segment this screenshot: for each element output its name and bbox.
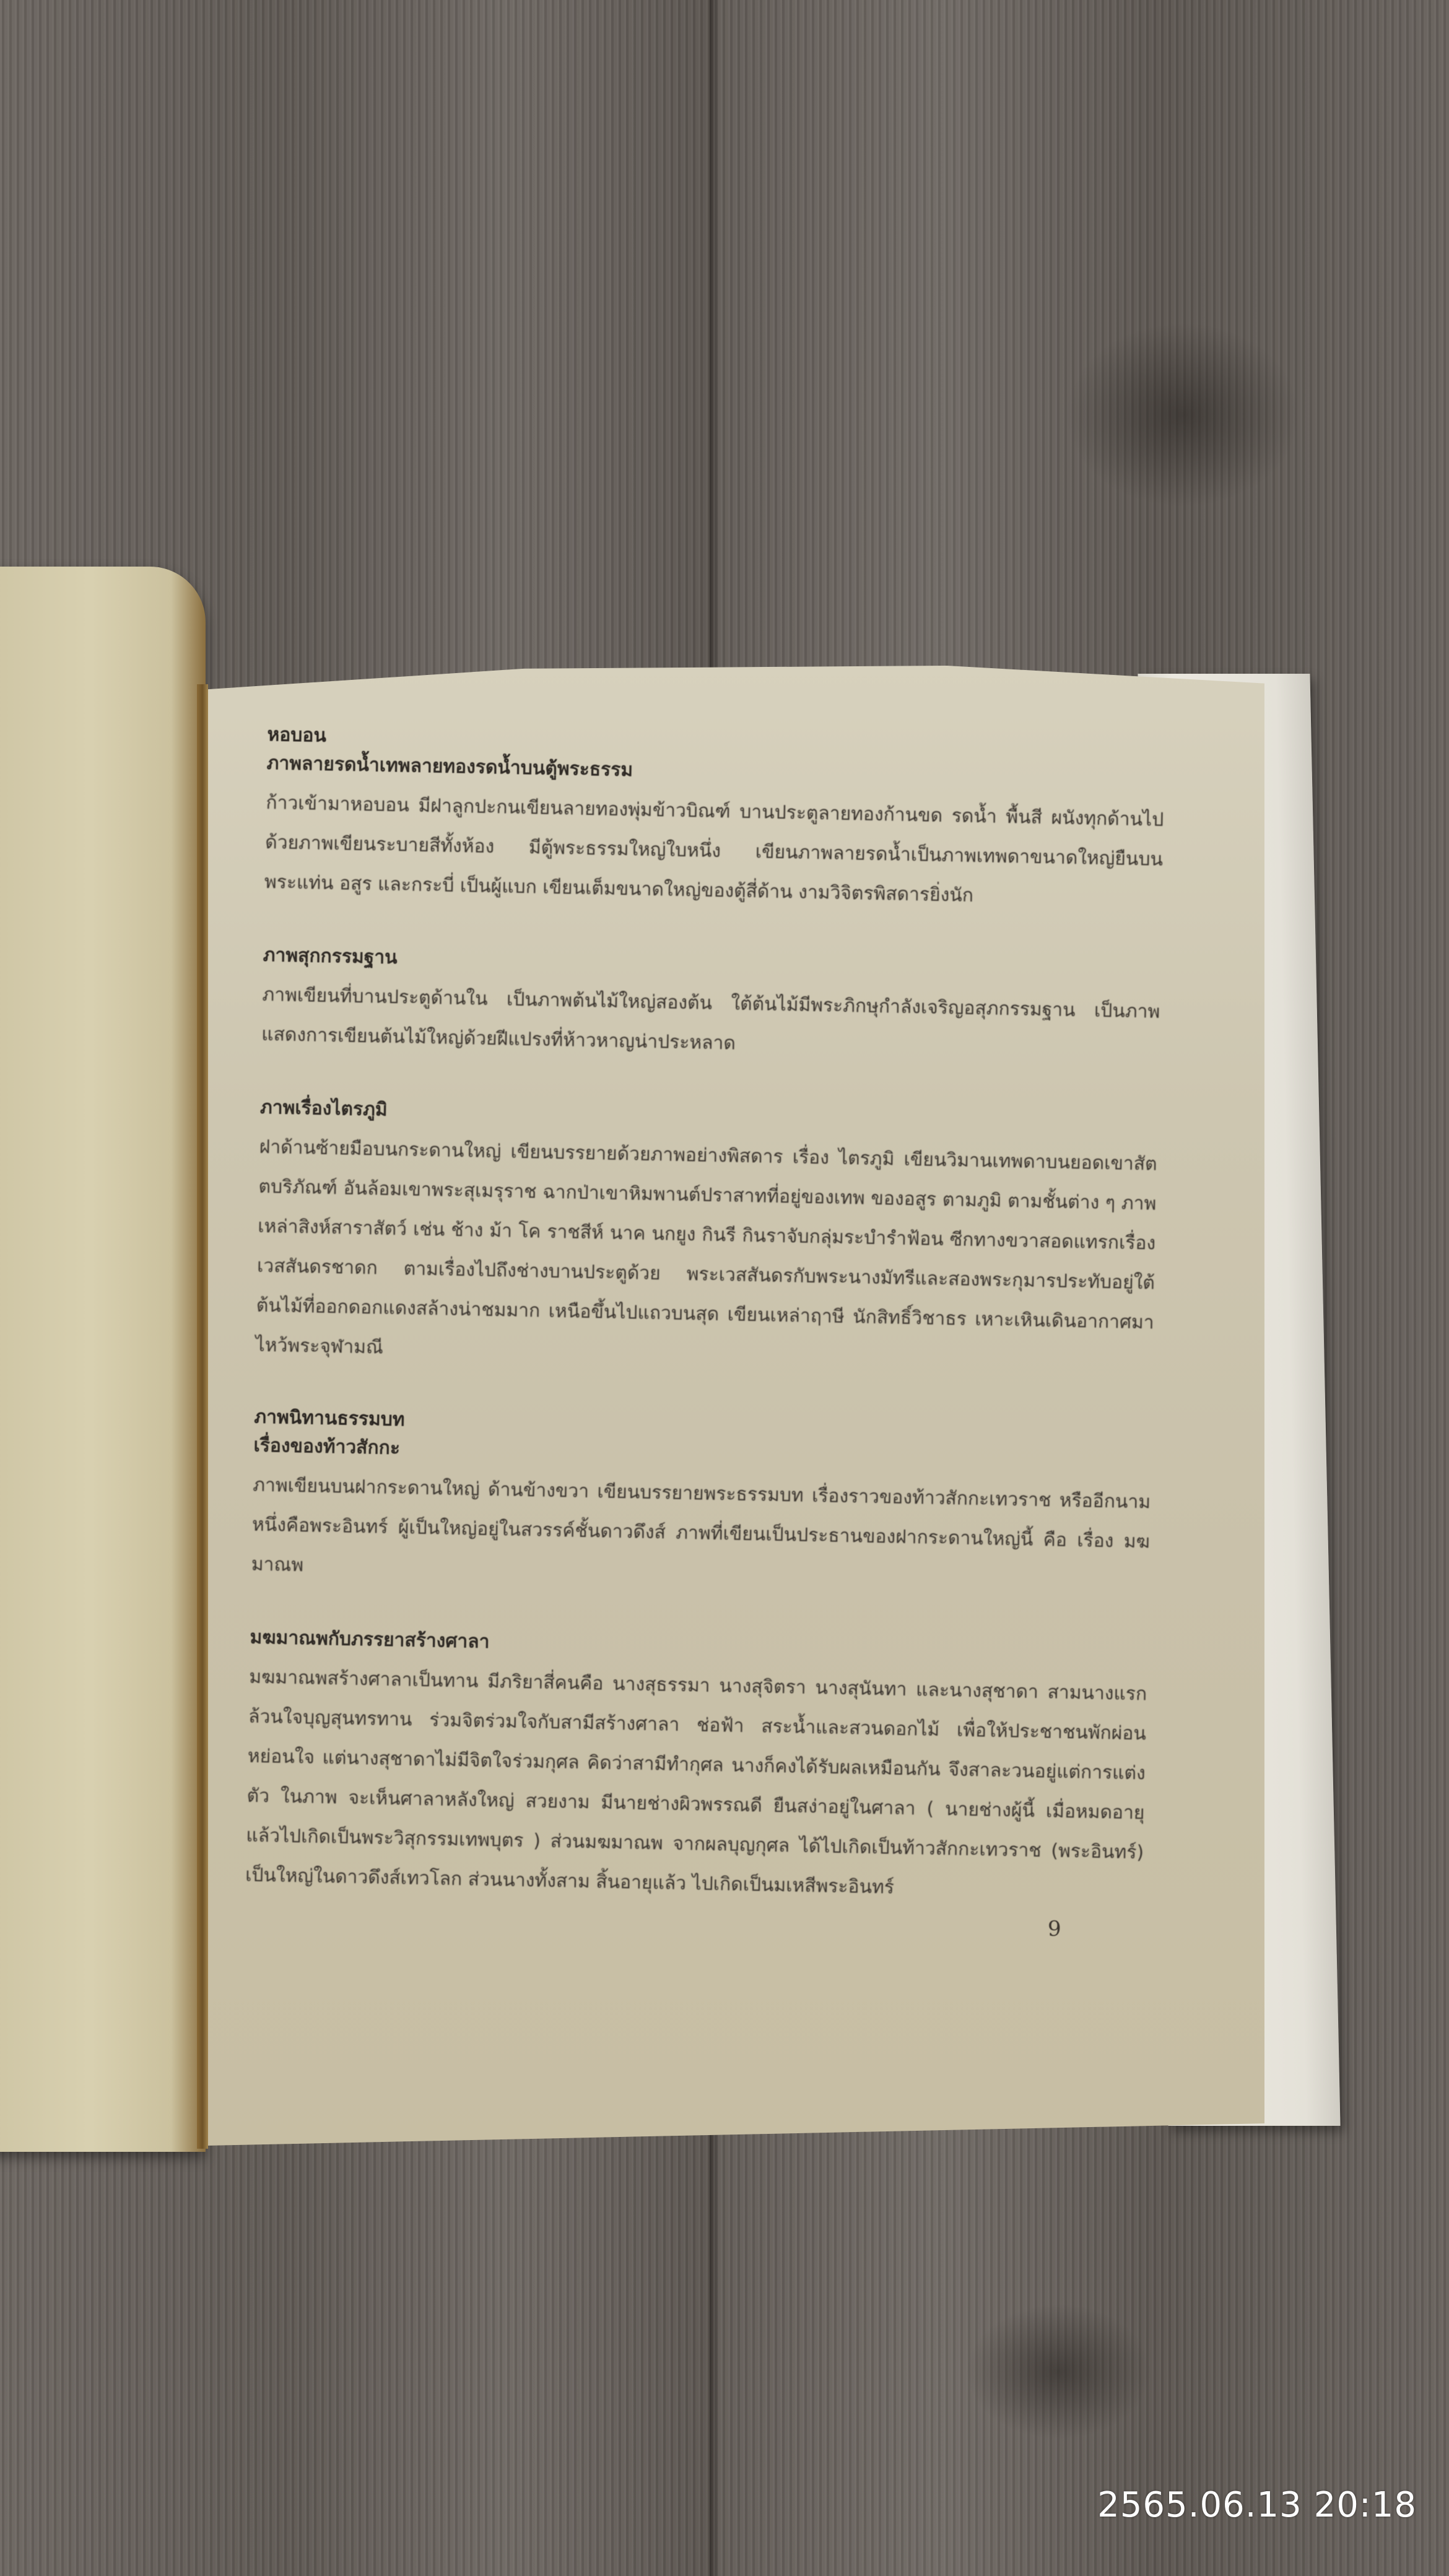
section-hobon: หอบอน ภาพลายรดน้ำเทพลายทองรดน้ำบนตู้พระธ… <box>264 721 1165 920</box>
book-gutter <box>197 684 208 2149</box>
section-body: ฝาด้านซ้ายมือบนกระดานใหญ่ เขียนบรรยายด้ว… <box>255 1128 1157 1383</box>
photo-timestamp: 2565.06.13 20:18 <box>1097 2485 1417 2525</box>
section-body: ภาพเขียนบนฝากระดานใหญ่ ด้านข้างขวา เขียน… <box>251 1466 1151 1602</box>
section-body: ก้าวเข้ามาหอบอน มีฝาลูกปะกนเขียนลายทองพุ… <box>264 783 1164 920</box>
section-asubha-kammatthana: ภาพสุกกรรมฐาน ภาพเขียนที่บานประตูด้านใน … <box>261 941 1161 1072</box>
section-dhammapada: ภาพนิทานธรรมบท เรื่องของท้าวสักกะ ภาพเขี… <box>251 1404 1152 1602</box>
page-number: 9 <box>1048 1917 1061 1941</box>
right-page: หอบอน ภาพลายรดน้ำเทพลายทองรดน้ำบนตู้พระธ… <box>207 666 1264 2146</box>
section-traiphum: ภาพเรื่องไตรภูมิ ฝาด้านซ้ายมือบนกระดานให… <box>255 1093 1158 1383</box>
section-body: ภาพเขียนที่บานประตูด้านใน เป็นภาพต้นไม้ใ… <box>261 975 1160 1072</box>
left-page <box>0 567 206 2152</box>
floor-knot <box>1065 322 1300 508</box>
section-magha-sala: มฆมาณพกับภรรยาสร้างศาลา มฆมาณพสร้างศาลาเ… <box>245 1623 1148 1913</box>
floor-knot <box>966 2304 1152 2440</box>
page-text: หอบอน ภาพลายรดน้ำเทพลายทองรดน้ำบนตู้พระธ… <box>244 721 1165 1951</box>
section-body: มฆมาณพสร้างศาลาเป็นทาน มีภริยาสี่คนคือ น… <box>245 1658 1147 1913</box>
